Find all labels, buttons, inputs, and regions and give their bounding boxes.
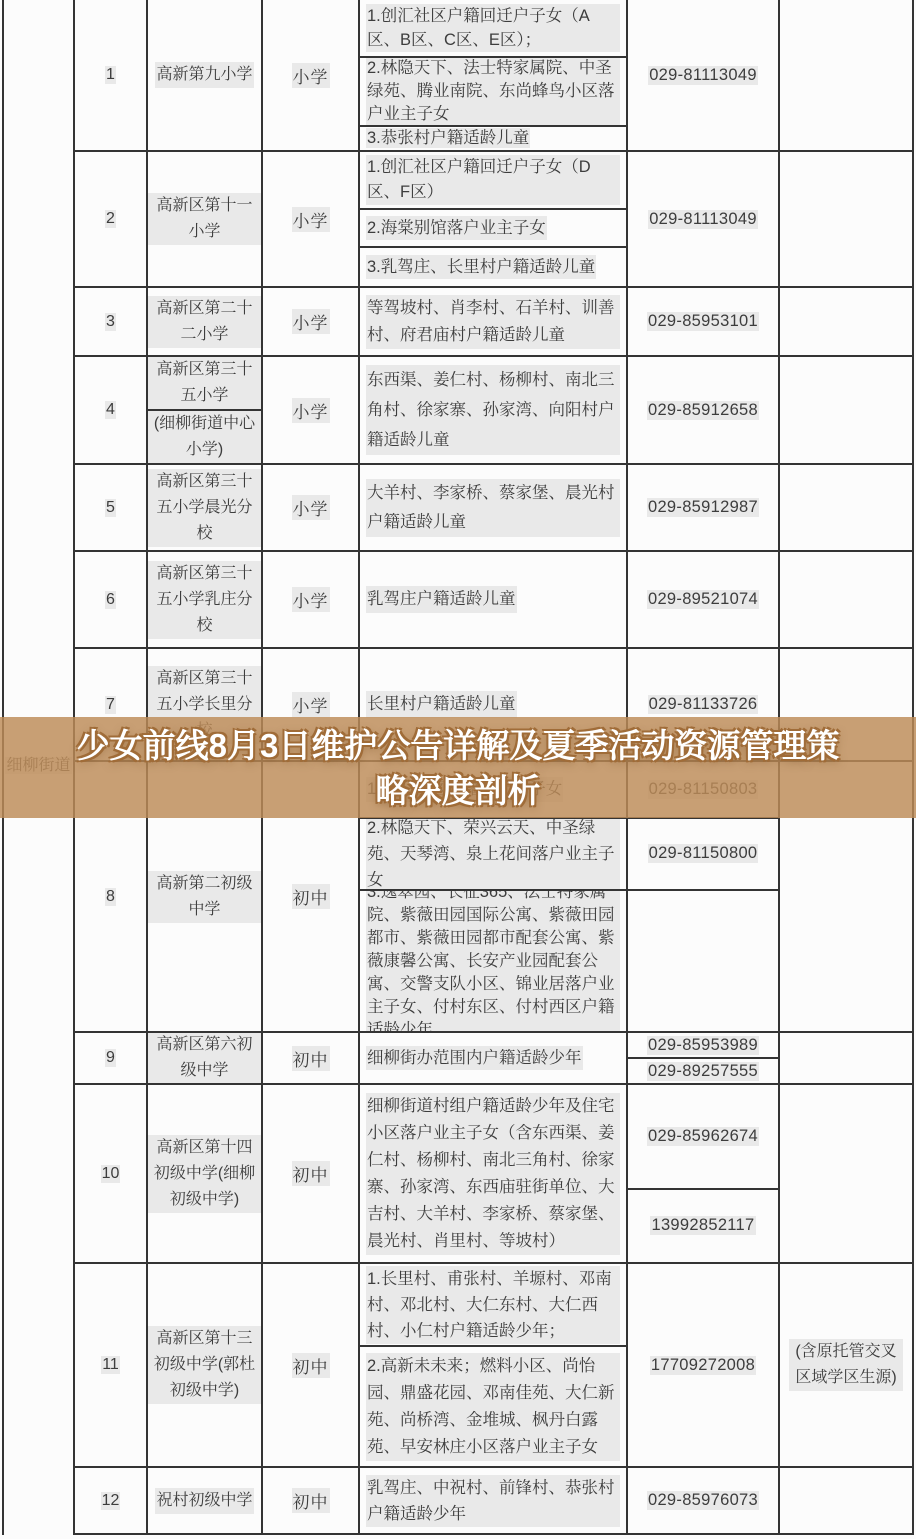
scope-subrow: 2.海棠别馆落户业主子女 xyxy=(360,210,626,247)
school-type-cell: 初中 xyxy=(263,1468,360,1533)
row-number: 1 xyxy=(105,66,116,84)
school-type: 小学 xyxy=(292,398,330,423)
table-row: 2高新区第十一小学小学1.创汇社区户籍回迁户子女（D区、F区）2.海棠别馆落户业… xyxy=(75,152,912,288)
scope-text: 3.逸翠园、长征365、法士特家属院、紫薇田园国际公寓、紫薇田园都市、紫薇田园都… xyxy=(366,891,620,1031)
school-type: 小学 xyxy=(292,207,330,232)
school-name: 高新区第十三初级中学(郭杜初级中学) xyxy=(148,1326,261,1404)
row-number-cell: 6 xyxy=(75,552,148,647)
school-name: 高新区第六初级中学 xyxy=(148,1033,261,1083)
scope-subrow: 3.乳驾庄、长里村户籍适龄儿童 xyxy=(360,248,626,286)
row-number: 4 xyxy=(105,401,116,419)
school-type: 小学 xyxy=(292,587,330,612)
phone-cell: 029-8596267413992852117 xyxy=(628,1085,780,1262)
phone-cell: 029-81113049 xyxy=(628,0,780,150)
school-name: 高新区第三十五小学晨光分校 xyxy=(148,469,261,547)
scope-text: 大羊村、李家桥、蔡家堡、晨光村户籍适龄儿童 xyxy=(366,479,620,537)
enrollment-scope-cell: 1.创汇社区户籍回迁户子女（D区、F区）2.海棠别馆落户业主子女3.乳驾庄、长里… xyxy=(360,152,628,286)
row-number-cell: 11 xyxy=(75,1264,148,1466)
school-name-part: 高新区第十一小学 xyxy=(148,152,261,286)
row-number: 8 xyxy=(105,888,116,906)
phone-cell: 029-81113049 xyxy=(628,152,780,286)
scope-subrow: 3.逸翠园、长征365、法士特家属院、紫薇田园国际公寓、紫薇田园都市、紫薇田园都… xyxy=(360,891,626,1031)
note-cell xyxy=(780,0,912,150)
phone-subcell: 029-89521074 xyxy=(628,552,778,647)
scope-text: 细柳街办范围内户籍适龄少年 xyxy=(366,1046,583,1070)
school-type: 小学 xyxy=(292,63,330,88)
school-name: 高新第二初级中学 xyxy=(148,871,261,923)
school-type-cell: 小学 xyxy=(263,152,360,286)
scope-subrow: 1.长里村、甫张村、羊塬村、邓南村、邓北村、大仁东村、大仁西村、小仁村户籍适龄少… xyxy=(360,1264,626,1347)
scope-subrow: 东西渠、姜仁村、杨柳村、南北三角村、徐家寨、孙家湾、向阳村户籍适龄儿童 xyxy=(360,357,626,463)
phone-cell: 029-85912658 xyxy=(628,357,780,463)
phone-cell: 029-85912987 xyxy=(628,465,780,550)
phone-number: 029-85962674 xyxy=(647,1127,759,1146)
school-type-cell: 初中 xyxy=(263,1085,360,1262)
row-number: 6 xyxy=(105,591,116,609)
note-cell xyxy=(780,357,912,463)
enrollment-scope-cell: 乳驾庄、中祝村、前锋村、恭张村户籍适龄少年 xyxy=(360,1468,628,1533)
note-cell xyxy=(780,152,912,286)
school-name-part: (细柳街道中心小学) xyxy=(148,409,261,463)
scope-text: 乳驾庄、中祝村、前锋村、恭张村户籍适龄少年 xyxy=(366,1475,620,1527)
phone-cell: 17709272008 xyxy=(628,1264,780,1466)
table-row: 11高新区第十三初级中学(郭杜初级中学)初中1.长里村、甫张村、羊塬村、邓南村、… xyxy=(75,1264,912,1468)
school-name-cell: 高新区第十三初级中学(郭杜初级中学) xyxy=(148,1264,263,1466)
scope-subrow: 大羊村、李家桥、蔡家堡、晨光村户籍适龄儿童 xyxy=(360,465,626,550)
row-number-cell: 10 xyxy=(75,1085,148,1262)
school-type: 初中 xyxy=(292,1046,330,1071)
row-number: 11 xyxy=(101,1356,120,1374)
row-number: 2 xyxy=(105,210,116,228)
row-number: 10 xyxy=(101,1165,121,1183)
school-name-cell: 高新第九小学 xyxy=(148,0,263,150)
row-number-cell: 2 xyxy=(75,152,148,286)
phone-number: 029-89257555 xyxy=(647,1062,759,1081)
school-name: 高新区第三十五小学乳庄分校 xyxy=(148,561,261,639)
row-number-cell: 12 xyxy=(75,1468,148,1533)
scope-subrow: 2.林隐天下、荣兴云天、中圣绿苑、天琴湾、泉上花间落户业主子女 xyxy=(360,819,626,891)
row-number: 9 xyxy=(105,1049,116,1067)
table-row: 1高新第九小学小学1.创汇社区户籍回迁户子女（A区、B区、C区、E区）；2.林隐… xyxy=(75,0,912,152)
phone-number: 029-85976073 xyxy=(647,1491,759,1510)
scope-text: 3.乳驾庄、长里村户籍适龄儿童 xyxy=(366,255,596,279)
phone-subcell: 029-89257555 xyxy=(628,1059,778,1083)
phone-cell: 029-85953101 xyxy=(628,288,780,355)
scope-text: 3.恭张村户籍适龄儿童 xyxy=(366,128,530,148)
scope-subrow: 细柳街道村组户籍适龄少年及住宅小区落户业主子女（含东西渠、姜仁村、杨柳村、南北三… xyxy=(360,1085,626,1262)
note-cell xyxy=(780,288,912,355)
scope-text: 2.林隐天下、法士特家属院、中圣绿苑、腾业南院、东尚蜂鸟小区落户业主子女 xyxy=(366,58,620,126)
note-cell xyxy=(780,1468,912,1533)
row-number-cell: 5 xyxy=(75,465,148,550)
scope-subrow: 1.创汇社区户籍回迁户子女（A区、B区、C区、E区）； xyxy=(360,0,626,58)
scope-text: 等驾坡村、肖李村、石羊村、训善村、府君庙村户籍适龄儿童 xyxy=(366,295,620,349)
school-name: 高新区第二十二小学 xyxy=(148,296,261,348)
school-name-cell: 高新区第六初级中学 xyxy=(148,1033,263,1083)
phone-cell: 029-85976073 xyxy=(628,1468,780,1533)
school-type-cell: 小学 xyxy=(263,552,360,647)
phone-subcell: 029-85962674 xyxy=(628,1085,778,1190)
scope-text: 细柳街道村组户籍适龄少年及住宅小区落户业主子女（含东西渠、姜仁村、杨柳村、南北三… xyxy=(366,1093,620,1255)
school-name-cell: 高新区第十四初级中学(细柳初级中学) xyxy=(148,1085,263,1262)
school-name-part: 高新区第三十五小学 xyxy=(148,357,261,409)
school-type: 小学 xyxy=(292,309,330,334)
phone-number: 029-81133726 xyxy=(648,695,759,714)
scope-subrow: 2.林隐天下、法士特家属院、中圣绿苑、腾业南院、东尚蜂鸟小区落户业主子女 xyxy=(360,58,626,127)
school-name: 高新区第十一小学 xyxy=(148,193,261,245)
phone-number: 029-81150800 xyxy=(648,844,759,863)
scope-text: 1.长里村、甫张村、羊塬村、邓南村、邓北村、大仁东村、大仁西村、小仁村户籍适龄少… xyxy=(366,1266,620,1344)
phone-number: 029-85912987 xyxy=(647,498,759,517)
row-number: 3 xyxy=(105,313,116,331)
scope-text: 东西渠、姜仁村、杨柳村、南北三角村、徐家寨、孙家湾、向阳村户籍适龄儿童 xyxy=(366,365,620,455)
school-name-cell: 高新区第三十五小学(细柳街道中心小学) xyxy=(148,357,263,463)
phone-number: 13992852117 xyxy=(650,1216,755,1235)
table-row: 12祝村初级中学初中乳驾庄、中祝村、前锋村、恭张村户籍适龄少年029-85976… xyxy=(75,1468,912,1535)
school-type: 小学 xyxy=(292,692,330,717)
table-row: 3高新区第二十二小学小学等驾坡村、肖李村、石羊村、训善村、府君庙村户籍适龄儿童0… xyxy=(75,288,912,357)
enrollment-scope-cell: 大羊村、李家桥、蔡家堡、晨光村户籍适龄儿童 xyxy=(360,465,628,550)
phone-subcell: 029-85953101 xyxy=(628,288,778,355)
school-name: 高新第九小学 xyxy=(155,62,253,88)
phone-subcell: 17709272008 xyxy=(628,1264,778,1466)
note-cell xyxy=(780,552,912,647)
enrollment-scope-cell: 1.长里村、甫张村、羊塬村、邓南村、邓北村、大仁东村、大仁西村、小仁村户籍适龄少… xyxy=(360,1264,628,1466)
school-type-cell: 小学 xyxy=(263,0,360,150)
scope-subrow: 乳驾庄户籍适龄儿童 xyxy=(360,552,626,647)
scope-subrow: 乳驾庄、中祝村、前锋村、恭张村户籍适龄少年 xyxy=(360,1468,626,1533)
school-name-part: 高新区第三十五小学晨光分校 xyxy=(148,465,261,550)
school-name-part: 高新区第六初级中学 xyxy=(148,1033,261,1083)
school-name-cell: 高新区第二十二小学 xyxy=(148,288,263,355)
phone-number: 029-81113049 xyxy=(648,210,758,229)
phone-subcell: 029-81113049 xyxy=(628,152,778,286)
school-type-cell: 小学 xyxy=(263,288,360,355)
phone-number: 029-89521074 xyxy=(647,590,759,609)
scope-text: 2.海棠别馆落户业主子女 xyxy=(366,216,547,240)
school-name-cell: 高新区第十一小学 xyxy=(148,152,263,286)
banner-title: 少女前线8月3日维护公告详解及夏季活动资源管理策略深度剖析 xyxy=(68,723,848,813)
note-cell xyxy=(780,1033,912,1083)
table-row: 5高新区第三十五小学晨光分校小学大羊村、李家桥、蔡家堡、晨光村户籍适龄儿童029… xyxy=(75,465,912,552)
scope-text: 2.高新未未来；燃料小区、尚怡园、鼎盛花园、邓南佳苑、大仁新苑、尚桥湾、金堆城、… xyxy=(366,1353,620,1461)
note-cell xyxy=(780,465,912,550)
school-type-cell: 小学 xyxy=(263,357,360,463)
phone-number: 029-85912658 xyxy=(647,401,759,420)
table-row: 10高新区第十四初级中学(细柳初级中学)初中细柳街道村组户籍适龄少年及住宅小区落… xyxy=(75,1085,912,1264)
phone-cell: 029-85953989029-89257555 xyxy=(628,1033,780,1083)
school-name-part: 高新区第十三初级中学(郭杜初级中学) xyxy=(148,1264,261,1466)
school-type: 小学 xyxy=(292,495,330,520)
enrollment-scope-cell: 东西渠、姜仁村、杨柳村、南北三角村、徐家寨、孙家湾、向阳村户籍适龄儿童 xyxy=(360,357,628,463)
school-type-cell: 初中 xyxy=(263,1033,360,1083)
phone-subcell: 13992852117 xyxy=(628,1190,778,1262)
school-name-part: 高新区第十四初级中学(细柳初级中学) xyxy=(148,1085,261,1262)
phone-subcell: 029-85976073 xyxy=(628,1468,778,1533)
phone-number: 029-81113049 xyxy=(648,66,758,85)
school-name-part: 高新区第二十二小学 xyxy=(148,288,261,355)
banner-overlay: 少女前线8月3日维护公告详解及夏季活动资源管理策略深度剖析 xyxy=(0,717,916,818)
school-name-cell: 高新区第三十五小学晨光分校 xyxy=(148,465,263,550)
enrollment-scope-cell: 等驾坡村、肖李村、石羊村、训善村、府君庙村户籍适龄儿童 xyxy=(360,288,628,355)
row-number-cell: 3 xyxy=(75,288,148,355)
scope-text: 2.林隐天下、荣兴云天、中圣绿苑、天琴湾、泉上花间落户业主子女 xyxy=(366,819,620,891)
note-text: (含原托管交叉区域学区生源) xyxy=(789,1339,903,1391)
school-name: 高新区第十四初级中学(细柳初级中学) xyxy=(148,1135,261,1213)
table-row: 6高新区第三十五小学乳庄分校小学乳驾庄户籍适龄儿童029-89521074 xyxy=(75,552,912,649)
table-row: 9高新区第六初级中学初中细柳街办范围内户籍适龄少年029-85953989029… xyxy=(75,1033,912,1085)
row-number: 12 xyxy=(101,1492,121,1510)
phone-subcell: 029-85953989 xyxy=(628,1033,778,1059)
phone-subcell: 029-81113049 xyxy=(628,0,778,150)
enrollment-scope-cell: 乳驾庄户籍适龄儿童 xyxy=(360,552,628,647)
school-type-cell: 初中 xyxy=(263,1264,360,1466)
scope-subrow: 等驾坡村、肖李村、石羊村、训善村、府君庙村户籍适龄儿童 xyxy=(360,288,626,355)
school-type: 初中 xyxy=(292,1488,330,1513)
row-number: 5 xyxy=(105,499,116,517)
school-name-part: 高新区第三十五小学乳庄分校 xyxy=(148,552,261,647)
scope-subrow: 2.高新未未来；燃料小区、尚怡园、鼎盛花园、邓南佳苑、大仁新苑、尚桥湾、金堆城、… xyxy=(360,1347,626,1466)
scope-text: 1.创汇社区户籍回迁户子女（A区、B区、C区、E区）； xyxy=(366,4,620,52)
enrollment-scope-cell: 1.创汇社区户籍回迁户子女（A区、B区、C区、E区）；2.林隐天下、法士特家属院… xyxy=(360,0,628,150)
row-number-cell: 1 xyxy=(75,0,148,150)
phone-number: 029-85953989 xyxy=(647,1036,759,1055)
scope-subrow: 细柳街办范围内户籍适龄少年 xyxy=(360,1033,626,1083)
row-number-cell: 4 xyxy=(75,357,148,463)
row-number-cell: 9 xyxy=(75,1033,148,1083)
school-name-cell: 高新区第三十五小学乳庄分校 xyxy=(148,552,263,647)
scope-text: 乳驾庄户籍适龄儿童 xyxy=(366,586,517,613)
school-name: 祝村初级中学 xyxy=(155,1488,253,1514)
note-cell: (含原托管交叉区域学区生源) xyxy=(780,1264,912,1466)
school-type-cell: 小学 xyxy=(263,465,360,550)
school-type: 初中 xyxy=(292,1353,330,1378)
school-type: 初中 xyxy=(292,884,330,909)
school-name: (细柳街道中心小学) xyxy=(148,411,261,463)
school-name: 高新区第三十五小学 xyxy=(148,357,261,409)
enrollment-scope-cell: 细柳街道村组户籍适龄少年及住宅小区落户业主子女（含东西渠、姜仁村、杨柳村、南北三… xyxy=(360,1085,628,1262)
school-type: 初中 xyxy=(292,1161,330,1186)
table-row: 4高新区第三十五小学(细柳街道中心小学)小学东西渠、姜仁村、杨柳村、南北三角村、… xyxy=(75,357,912,465)
note-cell xyxy=(780,1085,912,1262)
school-name-cell: 祝村初级中学 xyxy=(148,1468,263,1533)
school-name-part: 高新第九小学 xyxy=(148,0,261,150)
phone-subcell: 029-85912987 xyxy=(628,465,778,550)
scope-subrow: 3.恭张村户籍适龄儿童 xyxy=(360,127,626,150)
school-name-part: 祝村初级中学 xyxy=(148,1468,261,1533)
scope-text: 1.创汇社区户籍回迁户子女（D区、F区） xyxy=(366,155,620,205)
phone-cell: 029-89521074 xyxy=(628,552,780,647)
row-number: 7 xyxy=(105,696,116,714)
phone-subcell: 029-85912658 xyxy=(628,357,778,463)
phone-subcell xyxy=(628,891,778,1031)
enrollment-scope-cell: 细柳街办范围内户籍适龄少年 xyxy=(360,1033,628,1083)
phone-number: 029-85953101 xyxy=(647,312,759,331)
page: 细柳街道 1高新第九小学小学1.创汇社区户籍回迁户子女（A区、B区、C区、E区）… xyxy=(0,0,916,1539)
scope-text: 长里村户籍适龄儿童 xyxy=(366,691,517,718)
phone-subcell: 029-81150800 xyxy=(628,819,778,891)
scope-subrow: 1.创汇社区户籍回迁户子女（D区、F区） xyxy=(360,152,626,210)
phone-number: 17709272008 xyxy=(650,1356,756,1375)
